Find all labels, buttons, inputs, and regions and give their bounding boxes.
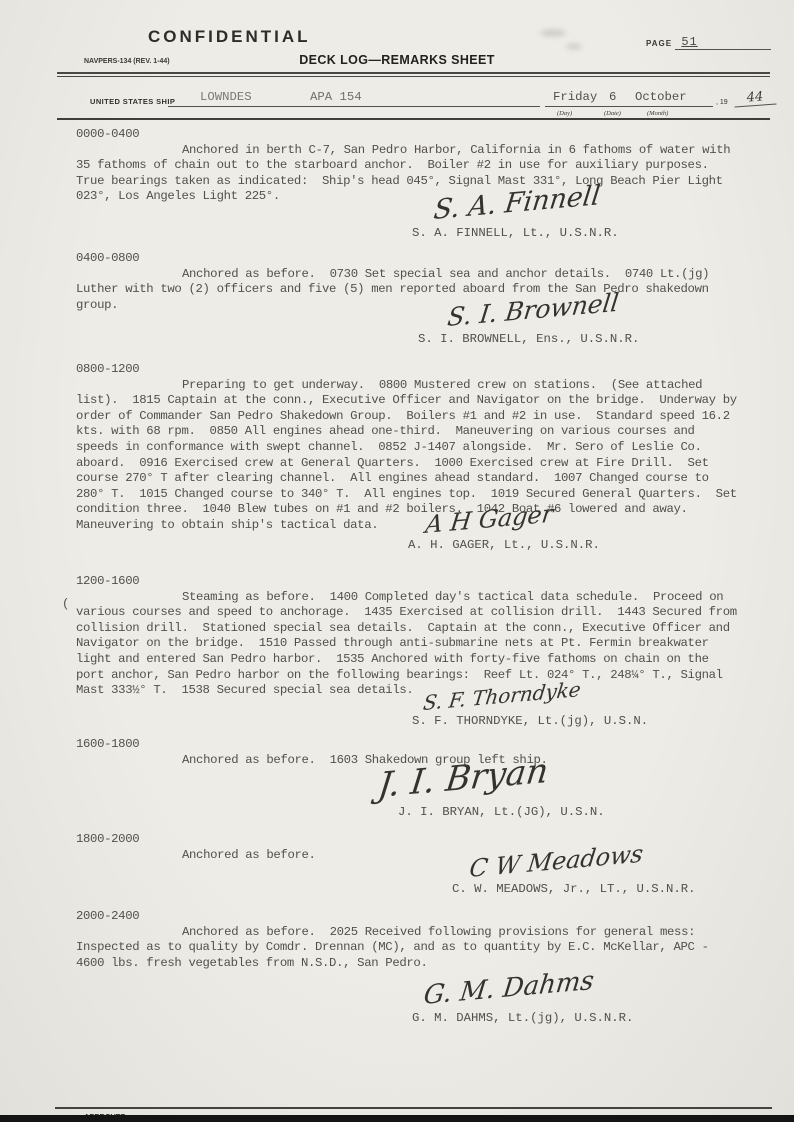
scan-bottom-bar xyxy=(0,1115,794,1122)
entry-text: Preparing to get underway. 0800 Mustered… xyxy=(76,378,740,534)
page-number-field: PAGE 51 xyxy=(646,36,771,51)
log-entry-0800-1200: 0800-1200 Preparing to get underway. 080… xyxy=(76,362,740,534)
year-value: 44 xyxy=(733,89,776,108)
ship-hull-number: APA 154 xyxy=(310,90,362,104)
signature-typed: S. I. BROWNELL, Ens., U.S.N.R. xyxy=(418,332,639,346)
ship-name-label: UNITED STATES SHIP xyxy=(90,97,175,106)
month-value: October xyxy=(635,90,687,104)
confidential-stamp: CONFIDENTIAL xyxy=(148,27,311,47)
header-rule xyxy=(57,118,770,120)
entry-text: Anchored in berth C-7, San Pedro Harbor,… xyxy=(76,143,740,205)
signature-typed: C. W. MEADOWS, Jr., LT., U.S.N.R. xyxy=(452,882,696,896)
signature-block-meadows: C W Meadows C. W. MEADOWS, Jr., LT., U.S… xyxy=(452,856,696,896)
signature-typed: S. F. THORNDYKE, Lt.(jg), U.S.N. xyxy=(412,714,648,728)
year-prefix: , 19 xyxy=(716,99,728,106)
entry-period: 0000-0400 xyxy=(76,127,740,143)
double-rule xyxy=(57,72,770,77)
log-entry-2000-2400: 2000-2400 Anchored as before. 2025 Recei… xyxy=(76,909,740,971)
entry-period: 1600-1800 xyxy=(76,737,740,753)
signature-typed: G. M. DAHMS, Lt.(jg), U.S.N.R. xyxy=(412,1011,633,1025)
ship-name: LOWNDES xyxy=(200,90,252,104)
signature-block-brownell: S. I. Brownell S. I. BROWNELL, Ens., U.S… xyxy=(418,304,639,346)
entry-period: 0800-1200 xyxy=(76,362,740,378)
signature-block-gager: A H Gager A. H. GAGER, Lt., U.S.N.R. xyxy=(408,512,600,552)
day-label: (Day) xyxy=(557,110,572,117)
signature-typed: A. H. GAGER, Lt., U.S.N.R. xyxy=(408,538,600,552)
signature-typed: J. I. BRYAN, Lt.(JG), U.S.N. xyxy=(398,805,605,819)
date-underline: Friday 6 October xyxy=(545,86,713,107)
signature-block-dahms: G. M. Dahms G. M. DAHMS, Lt.(jg), U.S.N.… xyxy=(412,982,633,1025)
footer-rule xyxy=(55,1107,772,1109)
page-label: PAGE xyxy=(646,39,672,48)
stray-paren-mark: ( xyxy=(62,597,69,611)
log-entry-0400-0800: 0400-0800 Anchored as before. 0730 Set s… xyxy=(76,251,740,313)
page-number: 51 xyxy=(675,35,771,50)
month-label: (Month) xyxy=(647,110,668,117)
scan-smudge xyxy=(540,30,566,36)
entry-period: 1200-1600 xyxy=(76,574,740,590)
ship-name-underline: LOWNDES APA 154 xyxy=(168,86,540,107)
signature-block-thorndyke: S. F. Thorndyke S. F. THORNDYKE, Lt.(jg)… xyxy=(412,692,648,728)
entry-period: 2000-2400 xyxy=(76,909,740,925)
date-label: (Date) xyxy=(604,110,621,117)
entry-text: Anchored as before. 2025 Received follow… xyxy=(76,925,740,972)
scan-smudge xyxy=(566,44,582,49)
document-title: DECK LOG—REMARKS SHEET xyxy=(0,53,794,67)
signature-typed: S. A. FINNELL, Lt., U.S.N.R. xyxy=(412,226,619,240)
entry-period: 0400-0800 xyxy=(76,251,740,267)
signature-block-finnell: S. A. Finnell S. A. FINNELL, Lt., U.S.N.… xyxy=(412,196,619,240)
signature-block-bryan: J. I. Bryan J. I. BRYAN, Lt.(JG), U.S.N. xyxy=(398,768,605,819)
day-value: Friday xyxy=(553,90,597,104)
date-value: 6 xyxy=(609,90,616,104)
log-entry-0000-0400: 0000-0400 Anchored in berth C-7, San Ped… xyxy=(76,127,740,205)
